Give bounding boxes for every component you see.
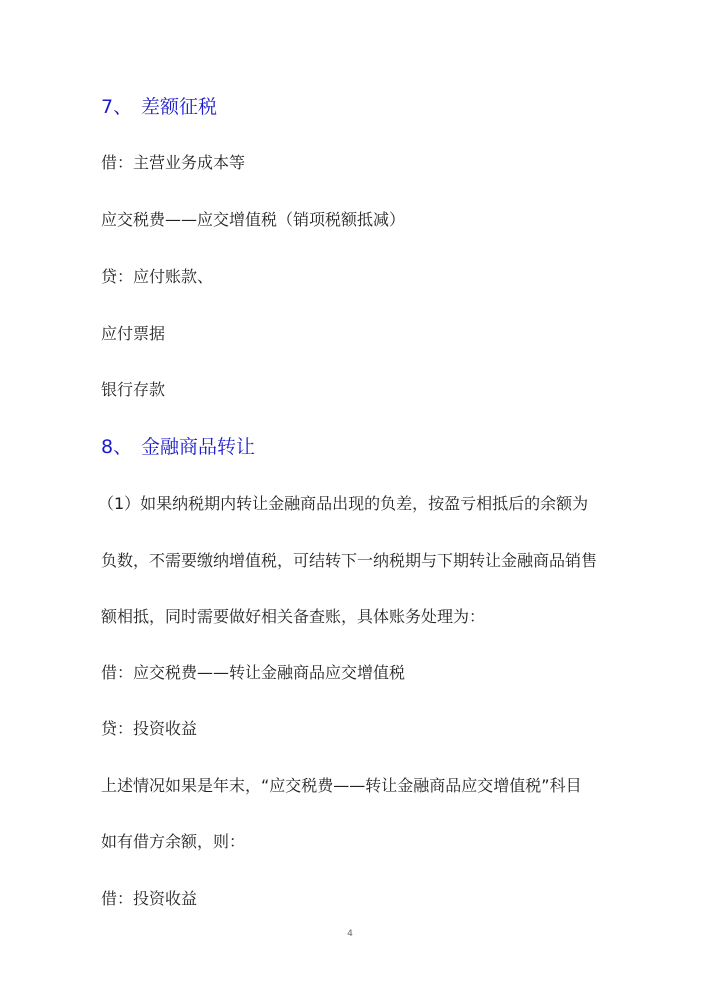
paragraph-line: 额相抵，同时需要做好相关备查账，具体账务处理为：	[101, 607, 485, 627]
page-number: 4	[0, 929, 700, 939]
paragraph-line: 负数，不需要缴纳增值税，可结转下一纳税期与下期转让金融商品销售	[101, 551, 597, 571]
paragraph-line: （1）如果纳税期内转让金融商品出现的负差，按盈亏相抵后的余额为	[98, 494, 588, 514]
paragraph-line: 上述情况如果是年末，“应交税费——转让金融商品应交增值税”科目	[101, 776, 582, 796]
section-number: 8、	[101, 435, 141, 459]
section-heading-8: 8、金融商品转让	[101, 435, 255, 459]
paragraph-line: 如有借方余额，则：	[101, 832, 245, 852]
paragraph-line: 借：主营业务成本等	[101, 153, 245, 173]
section-number: 7、	[101, 95, 141, 119]
section-title: 金融商品转让	[141, 436, 255, 458]
section-title: 差额征税	[141, 96, 217, 118]
paragraph-line: 应交税费——应交增值税（销项税额抵减）	[101, 210, 405, 230]
section-heading-7: 7、差额征税	[101, 95, 217, 119]
paragraph-line: 借：投资收益	[101, 889, 197, 909]
paragraph-line: 银行存款	[101, 380, 165, 400]
paragraph-line: 借：应交税费——转让金融商品应交增值税	[101, 663, 405, 683]
paragraph-line: 应付票据	[101, 324, 165, 344]
paragraph-line: 贷：投资收益	[101, 719, 197, 739]
document-page: 7、差额征税 借：主营业务成本等 应交税费——应交增值税（销项税额抵减） 贷：应…	[0, 0, 706, 998]
paragraph-line: 贷：应付账款、	[101, 267, 213, 287]
